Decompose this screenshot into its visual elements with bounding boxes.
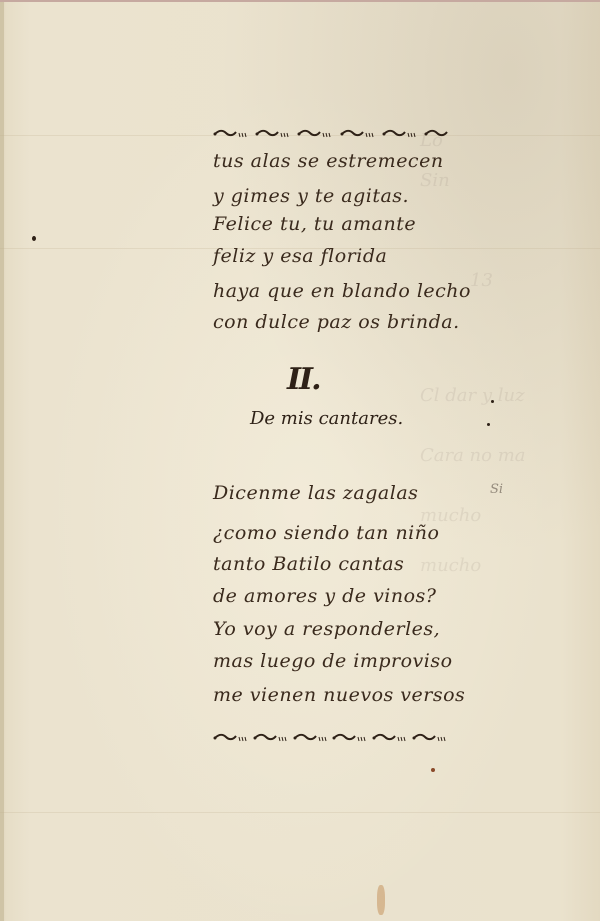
verse-line: tus alas se estremecen xyxy=(213,150,444,172)
flourish-ornament-icon xyxy=(213,127,249,139)
top-ornament-row xyxy=(213,126,448,140)
foxing-spot xyxy=(431,768,435,772)
foxing-stain xyxy=(377,885,385,915)
verse-line: tanto Batilo cantas xyxy=(213,553,404,575)
bleed-through-text: mucho xyxy=(420,555,481,576)
bleed-through-text: 13 xyxy=(470,270,493,291)
flourish-ornament-icon xyxy=(424,127,448,139)
flourish-ornament-icon xyxy=(255,127,291,139)
flourish-ornament-icon xyxy=(382,127,418,139)
section-title: De mis cantares. xyxy=(250,408,403,429)
verse-line: ¿como siendo tan niño xyxy=(213,522,439,544)
paper-chain-line xyxy=(0,812,600,813)
verse-line: me vienen nuevos versos xyxy=(213,684,465,706)
binding-edge xyxy=(0,0,4,921)
flourish-ornament-icon xyxy=(213,731,249,743)
verse-line: haya que en blando lecho xyxy=(213,280,471,302)
verse-line: con dulce paz os brinda. xyxy=(213,311,460,333)
bleed-through-text: Sin xyxy=(420,170,450,191)
flourish-ornament-icon xyxy=(340,127,376,139)
verse-line: mas luego de improviso xyxy=(213,650,453,672)
section-numeral: II. xyxy=(287,362,320,397)
ink-dot xyxy=(491,400,494,403)
verse-line: de amores y de vinos? xyxy=(213,585,437,607)
margin-note: Si xyxy=(490,482,503,497)
verse-line: Yo voy a responderles, xyxy=(213,618,440,640)
verse-line: feliz y esa florida xyxy=(213,245,387,267)
bottom-ornament-row xyxy=(213,730,448,744)
verse-line: y gimes y te agitas. xyxy=(213,185,409,207)
flourish-ornament-icon xyxy=(253,731,289,743)
flourish-ornament-icon xyxy=(332,731,368,743)
page-top-edge xyxy=(0,0,600,2)
ink-spot xyxy=(32,236,36,241)
flourish-ornament-icon xyxy=(372,731,408,743)
flourish-ornament-icon xyxy=(412,731,448,743)
flourish-ornament-icon xyxy=(297,127,333,139)
verse-line: Dicenme las zagalas xyxy=(213,482,418,504)
manuscript-page: Lo Sin 13 Cl dar y luz Cara no ma mucho … xyxy=(0,0,600,921)
bleed-through-text: Cl dar y luz xyxy=(420,385,525,406)
verse-line: Felice tu, tu amante xyxy=(213,213,416,235)
ink-dot xyxy=(487,423,490,426)
flourish-ornament-icon xyxy=(293,731,329,743)
bleed-through-text: Cara no ma xyxy=(420,445,526,466)
